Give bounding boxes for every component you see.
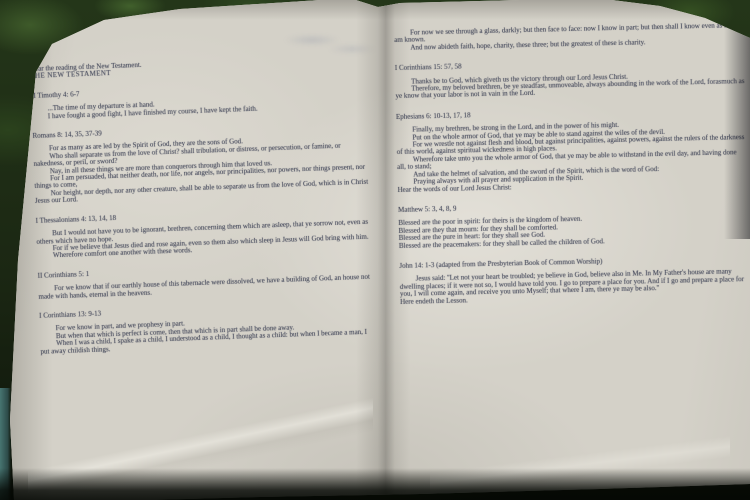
open-booklet: Hear the reading of the New Testament. T…	[0, 0, 750, 500]
right-page: For now we see through a glass, darkly; …	[394, 22, 750, 306]
scripture-ref: Matthew 5: 3, 4, 8, 9	[398, 199, 748, 214]
scripture-ref: I Corinthians 15: 57, 58	[395, 57, 745, 72]
left-page: Hear the reading of the New Testament. T…	[30, 54, 374, 356]
scripture-section: Romans 8: 14, 35, 37-39 For as many as a…	[32, 121, 368, 206]
scripture-section: I Thessalonians 4: 13, 14, 18 But I woul…	[36, 205, 371, 260]
booklet-drop-shadow	[0, 468, 750, 500]
scripture-ref: Ephesians 6: 10-13, 17, 18	[396, 106, 746, 121]
scripture-section: I Corinthians 15: 57, 58 Thanks be to Go…	[395, 57, 746, 101]
scripture-section: II Timothy 4: 6-7 ...The time of my depa…	[31, 81, 366, 121]
center-fold-shadow	[356, 0, 410, 500]
page-edge-shadow	[724, 24, 750, 239]
scripture-section: Matthew 5: 3, 4, 8, 9 Blessed are the po…	[398, 199, 749, 250]
scripture-section: II Corinthians 5: 1 For we know that if …	[38, 260, 373, 300]
scripture-section: Ephesians 6: 10-13, 17, 18 Finally, my b…	[396, 106, 748, 187]
